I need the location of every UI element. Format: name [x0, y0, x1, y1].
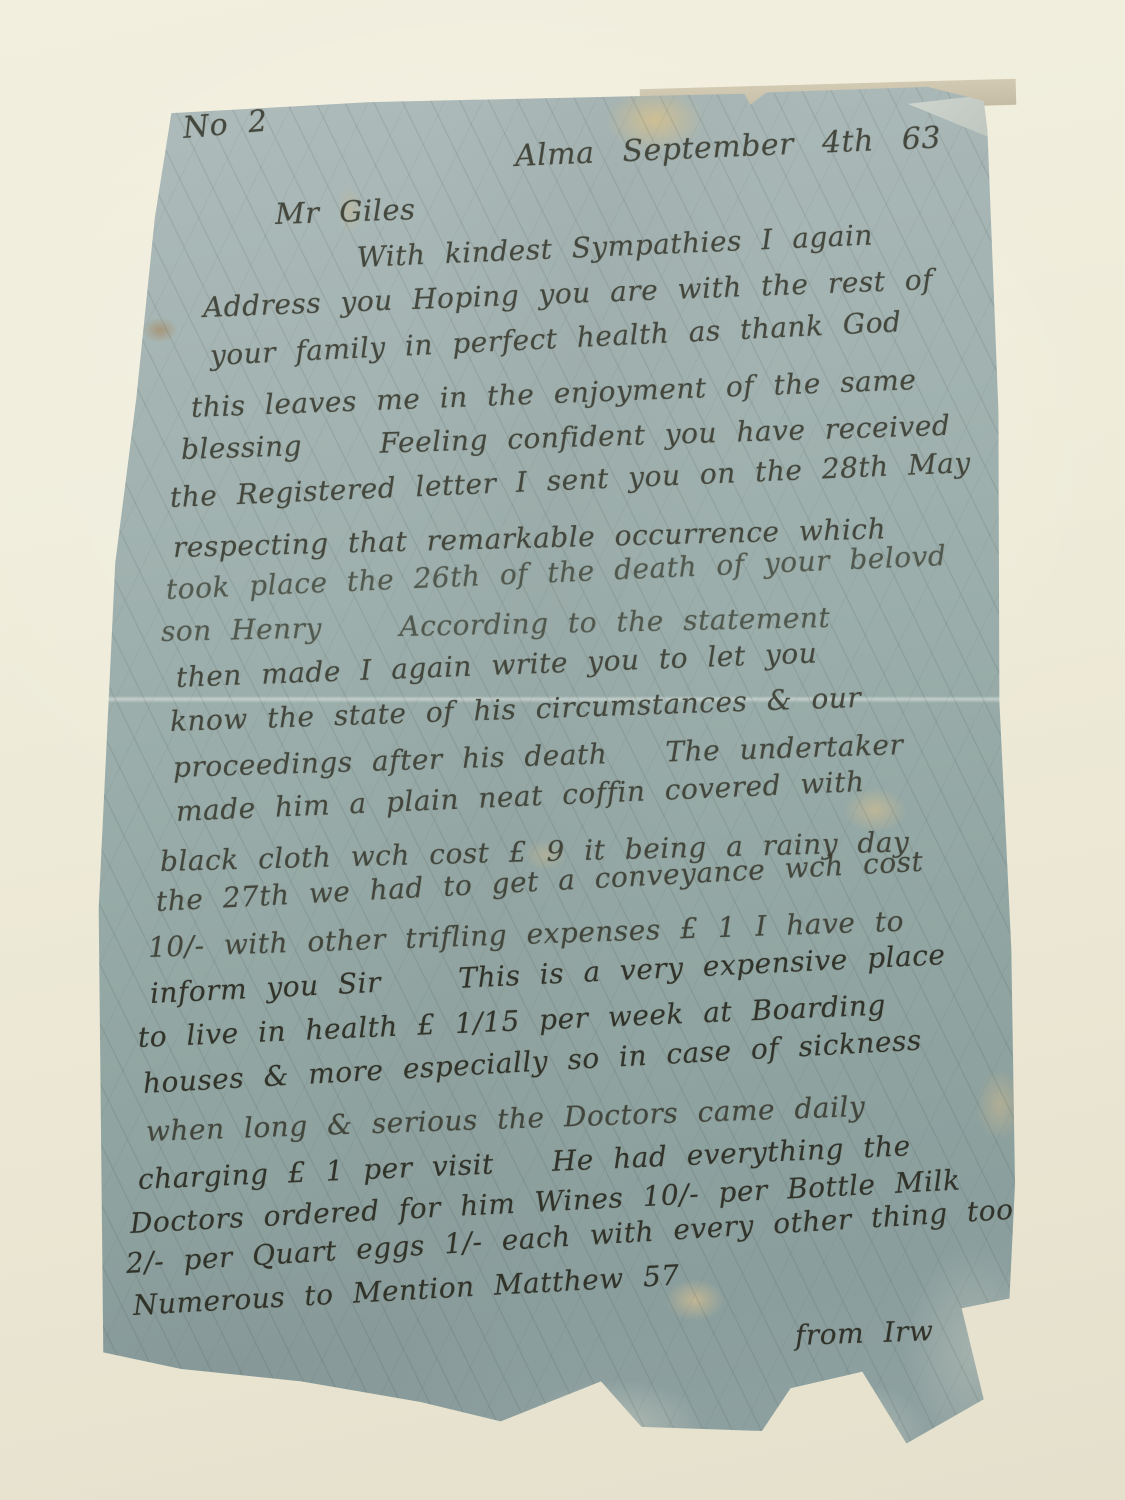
- letter-line: With kindest Sympathies I again: [356, 221, 873, 271]
- letter-paper: No 2 Alma September 4th 63 Mr Giles With…: [95, 80, 1015, 1460]
- letter-dateline: Alma September 4th 63: [514, 123, 941, 172]
- letter-line: then made I again write you to let you: [175, 639, 817, 692]
- letter-signature-line: from Irw: [795, 1317, 934, 1350]
- letter-line: know the state of his circumstances & ou…: [170, 684, 862, 736]
- letter-salutation: Mr Giles: [274, 195, 415, 229]
- letter-number: No 2: [182, 107, 269, 144]
- photograph-background: No 2 Alma September 4th 63 Mr Giles With…: [0, 0, 1125, 1500]
